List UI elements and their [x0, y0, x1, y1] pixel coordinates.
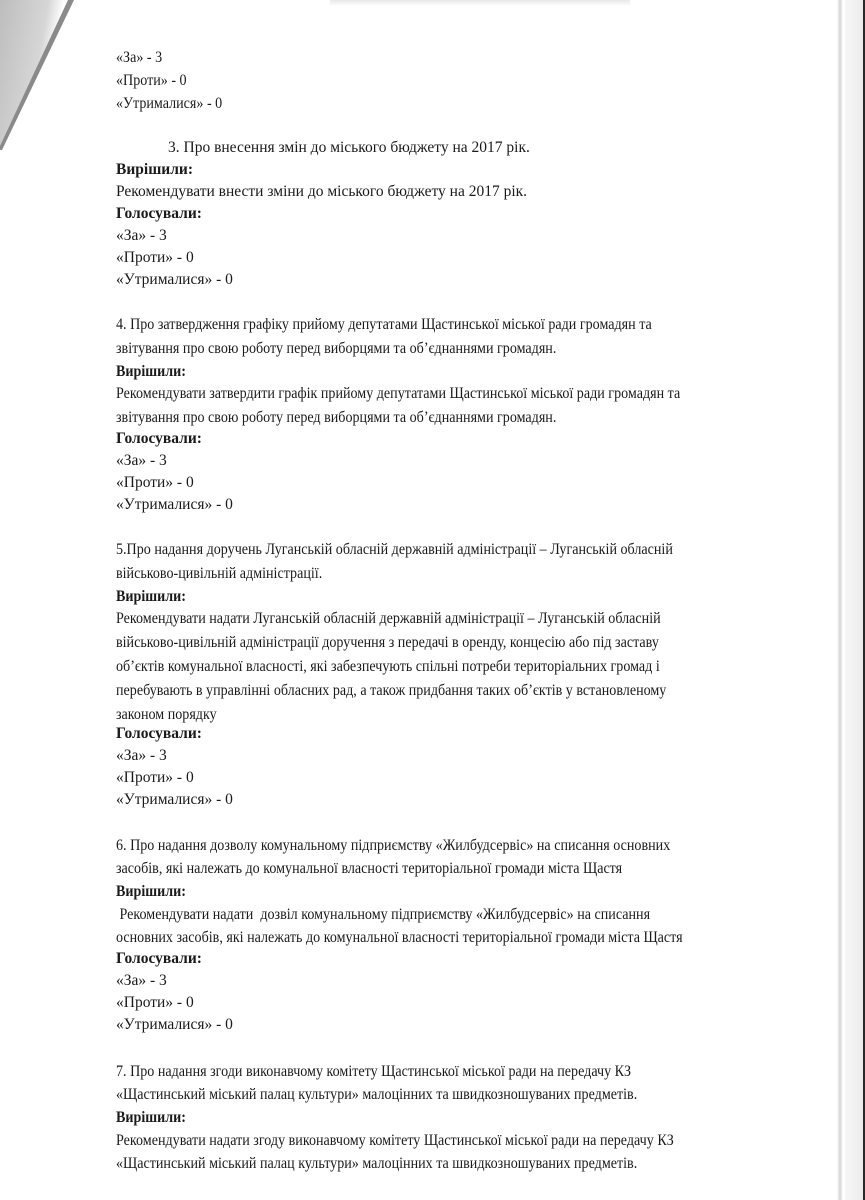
- decision-text: Рекомендувати надати дозвіл комунальному…: [116, 905, 650, 925]
- decided-label: Вирішили:: [116, 160, 193, 180]
- decided-label: Вирішили:: [116, 1108, 186, 1128]
- item-title: 5.Про надання доручень Луганській обласн…: [116, 540, 673, 560]
- vote-for: «За» - 3: [116, 48, 162, 68]
- item-title: «Щастинський міський палац культури» мал…: [116, 1085, 637, 1105]
- decision-text: «Щастинський міський палац культури» мал…: [116, 1154, 637, 1174]
- vote-for: «За» - 3: [116, 971, 167, 991]
- decision-text: військово-цивільній адміністрації доруче…: [116, 633, 659, 653]
- vote-against: «Проти» - 0: [116, 768, 194, 788]
- scan-shadow-right: [837, 0, 843, 1200]
- decision-text: Рекомендувати надати Луганській обласній…: [116, 609, 661, 629]
- voted-label: Голосували:: [116, 429, 202, 449]
- vote-abstained: «Утрималися» - 0: [116, 270, 233, 290]
- scan-band-right: [845, 0, 863, 1200]
- decision-text: законом порядку: [116, 705, 217, 725]
- decision-text: перебувають в управлінні обласних рад, а…: [116, 681, 666, 701]
- item-title: 6. Про надання дозволу комунальному підп…: [116, 836, 670, 856]
- decided-label: Вирішили:: [116, 362, 186, 382]
- scan-shadow-top: [330, 0, 630, 6]
- vote-against: «Проти» - 0: [116, 71, 187, 91]
- decision-text: основних засобів, які належать до комуна…: [116, 928, 683, 948]
- vote-abstained: «Утрималися» - 0: [116, 495, 233, 515]
- voted-label: Голосували:: [116, 724, 202, 744]
- decision-text: Рекомендувати затвердити графік прийому …: [116, 384, 680, 404]
- vote-for: «За» - 3: [116, 451, 167, 471]
- decision-text: Рекомендувати надати згоду виконавчому к…: [116, 1131, 674, 1151]
- decided-label: Вирішили:: [116, 882, 186, 902]
- item-title: 4. Про затвердження графіку прийому депу…: [116, 315, 652, 335]
- item-title: військово-цивільній адміністрації.: [116, 564, 322, 584]
- decision-text: звітування про свою роботу перед виборця…: [116, 408, 556, 428]
- vote-against: «Проти» - 0: [116, 473, 194, 493]
- decision-text: об’єктів комунальної власності, які забе…: [116, 657, 660, 677]
- vote-abstained: «Утрималися» - 0: [116, 94, 222, 114]
- vote-for: «За» - 3: [116, 746, 167, 766]
- vote-against: «Проти» - 0: [116, 993, 194, 1013]
- item-title: 3. Про внесення змін до міського бюджету…: [168, 138, 530, 158]
- voted-label: Голосували:: [116, 949, 202, 969]
- decision-text: Рекомендувати внести зміни до міського б…: [116, 182, 527, 202]
- decided-label: Вирішили:: [116, 587, 186, 607]
- vote-for: «За» - 3: [116, 226, 167, 246]
- scan-shadow-left: [0, 0, 80, 160]
- vote-abstained: «Утрималися» - 0: [116, 1015, 233, 1035]
- item-title: 7. Про надання згоди виконавчому комітет…: [116, 1062, 631, 1082]
- item-title: засобів, які належать до комунальної вла…: [116, 859, 622, 879]
- vote-against: «Проти» - 0: [116, 248, 194, 268]
- vote-abstained: «Утрималися» - 0: [116, 790, 233, 810]
- item-title: звітування про свою роботу перед виборця…: [116, 339, 556, 359]
- voted-label: Голосували:: [116, 204, 202, 224]
